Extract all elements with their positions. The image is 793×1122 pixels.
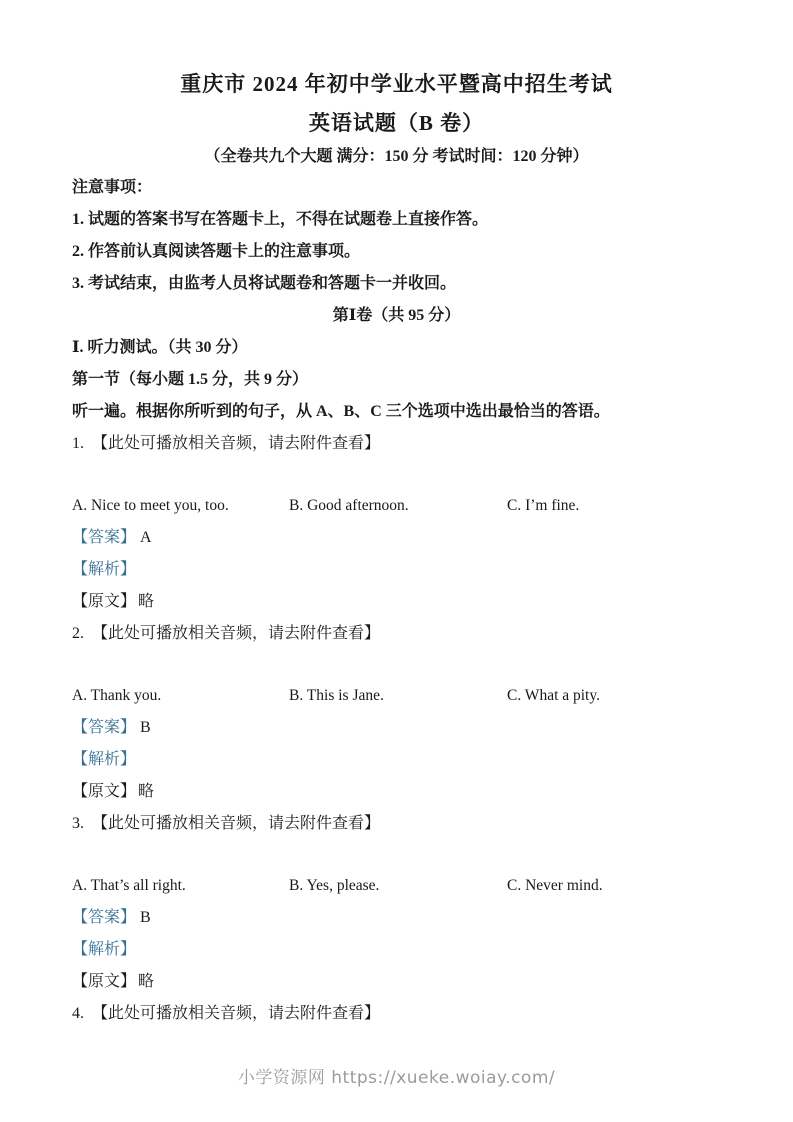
original-label: 【原文】 [72, 973, 136, 990]
notice-item-1: 1. 试题的答案书写在答题卡上，不得在试题卷上直接作答。 [72, 204, 721, 236]
question-3-options: A. That’s all right. B. Yes, please. C. … [72, 870, 721, 902]
question-1-option-a: A. Nice to meet you, too. [72, 490, 289, 522]
question-2-original-value: 略 [138, 783, 154, 800]
question-4-number: 4. [72, 1005, 84, 1022]
volume-heading: 第Ⅰ卷（共 95 分） [72, 300, 721, 332]
exam-document-page: 重庆市 2024 年初中学业水平暨高中招生考试 英语试题（B 卷） （全卷共九个… [0, 0, 793, 1122]
analysis-label: 【解析】 [72, 941, 136, 958]
document-content: 重庆市 2024 年初中学业水平暨高中招生考试 英语试题（B 卷） （全卷共九个… [0, 0, 793, 1030]
question-3-number: 3. [72, 815, 84, 832]
instruction-text: 听一遍。根据你所听到的句子，从 A、B、C 三个选项中选出最恰当的答语。 [72, 396, 721, 428]
question-3-answer-value: B [140, 909, 151, 926]
question-2-number: 2. [72, 625, 84, 642]
exam-info-line: （全卷共九个大题 满分：150 分 考试时间：120 分钟） [72, 142, 721, 172]
question-1-answer-line: 【答案】A [72, 522, 721, 554]
notice-item-3: 3. 考试结束，由监考人员将试题卷和答题卡一并收回。 [72, 268, 721, 300]
footer-site-link[interactable]: 小学资源网 https://xueke.woiay.com/ [238, 1068, 555, 1088]
part-one-heading: 第一节（每小题 1.5 分，共 9 分） [72, 364, 721, 396]
question-3-line: 3.【此处可播放相关音频，请去附件查看】 [72, 808, 721, 840]
question-1-option-b: B. Good afternoon. [289, 490, 507, 522]
question-2-option-b: B. This is Jane. [289, 680, 507, 712]
question-3-answer-line: 【答案】B [72, 902, 721, 934]
notice-item-2: 2. 作答前认真阅读答题卡上的注意事项。 [72, 236, 721, 268]
notice-heading: 注意事项： [72, 172, 721, 204]
question-2-audio-area [72, 650, 721, 680]
question-2-options: A. Thank you. B. This is Jane. C. What a… [72, 680, 721, 712]
question-2-original-line: 【原文】略 [72, 776, 721, 808]
question-3-original-value: 略 [138, 973, 154, 990]
question-3-option-b: B. Yes, please. [289, 870, 507, 902]
question-2-line: 2.【此处可播放相关音频，请去附件查看】 [72, 618, 721, 650]
original-label: 【原文】 [72, 593, 136, 610]
question-1-answer-value: A [140, 529, 152, 546]
question-3-analysis-line: 【解析】 [72, 934, 721, 966]
listening-section-heading: Ⅰ. 听力测试。（共 30 分） [72, 332, 721, 364]
question-1-original-line: 【原文】略 [72, 586, 721, 618]
original-label: 【原文】 [72, 783, 136, 800]
question-3-option-c: C. Never mind. [507, 870, 721, 902]
question-1-audio-area [72, 460, 721, 490]
question-1-line: 1.【此处可播放相关音频，请去附件查看】 [72, 428, 721, 460]
question-4-audio-placeholder: 【此处可播放相关音频，请去附件查看】 [92, 1005, 380, 1022]
question-2-option-a: A. Thank you. [72, 680, 289, 712]
question-1-number: 1. [72, 435, 84, 452]
question-1-options: A. Nice to meet you, too. B. Good aftern… [72, 490, 721, 522]
footer-watermark: 小学资源网 https://xueke.woiay.com/ [0, 1062, 793, 1094]
exam-subject-title: 英语试题（B 卷） [72, 104, 721, 142]
question-3-original-line: 【原文】略 [72, 966, 721, 998]
question-2-analysis-line: 【解析】 [72, 744, 721, 776]
question-3-option-a: A. That’s all right. [72, 870, 289, 902]
page-title: 重庆市 2024 年初中学业水平暨高中招生考试 [72, 64, 721, 104]
analysis-label: 【解析】 [72, 561, 136, 578]
question-2-answer-value: B [140, 719, 151, 736]
question-3-audio-area [72, 840, 721, 870]
question-1-analysis-line: 【解析】 [72, 554, 721, 586]
answer-label: 【答案】 [72, 529, 136, 546]
answer-label: 【答案】 [72, 909, 136, 926]
analysis-label: 【解析】 [72, 751, 136, 768]
answer-label: 【答案】 [72, 719, 136, 736]
question-2-option-c: C. What a pity. [507, 680, 721, 712]
question-4-line: 4.【此处可播放相关音频，请去附件查看】 [72, 998, 721, 1030]
question-2-audio-placeholder: 【此处可播放相关音频，请去附件查看】 [92, 625, 380, 642]
question-3-audio-placeholder: 【此处可播放相关音频，请去附件查看】 [92, 815, 380, 832]
question-1-option-c: C. I’m fine. [507, 490, 721, 522]
question-1-original-value: 略 [138, 593, 154, 610]
question-2-answer-line: 【答案】B [72, 712, 721, 744]
question-1-audio-placeholder: 【此处可播放相关音频，请去附件查看】 [92, 435, 380, 452]
